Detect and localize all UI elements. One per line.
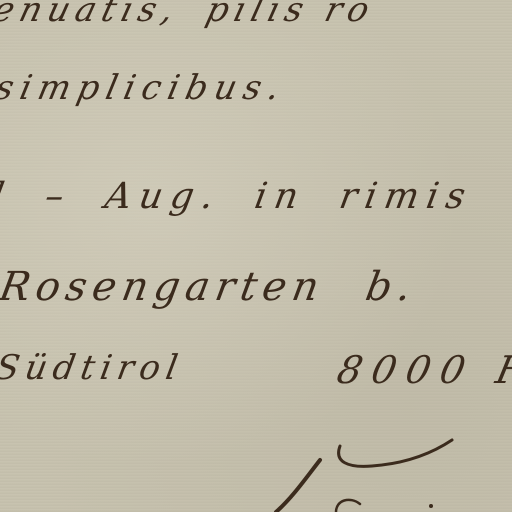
manuscript-line-1: enuatis,pilis ro xyxy=(0,0,379,30)
place-name: Rosengarten xyxy=(0,264,328,310)
region-name: Südtirol xyxy=(0,348,187,388)
word: simplicibus. xyxy=(0,68,290,108)
word: enuatis xyxy=(0,0,167,30)
word: pilis ro xyxy=(202,0,379,30)
elevation-value: 8000 F xyxy=(333,348,512,392)
word: l xyxy=(0,176,15,217)
manuscript-line-5-region: Südtirol xyxy=(0,348,187,388)
manuscript-line-5-elevation: 8000 F xyxy=(333,348,512,392)
word: rimis xyxy=(336,176,476,217)
word: in xyxy=(252,176,310,217)
abbreviation: b. xyxy=(362,264,420,310)
manuscript-line-2: simplicibus. xyxy=(0,68,290,108)
manuscript-line-4: Rosengartenb. xyxy=(0,264,421,310)
manuscript-line-3: l–Aug.inrimis xyxy=(0,176,476,217)
word: Aug. xyxy=(102,176,225,217)
dash: – xyxy=(42,176,75,217)
